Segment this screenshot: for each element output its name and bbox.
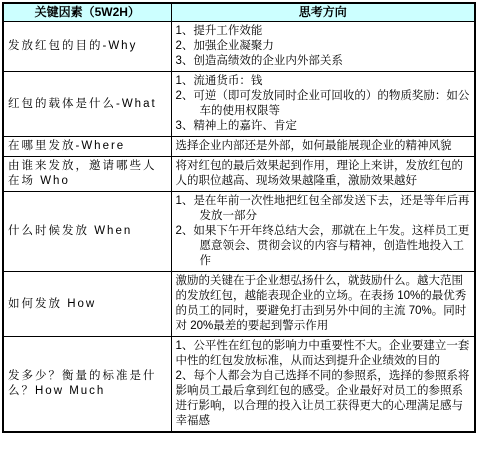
list-item: 1、提升工作效能 bbox=[176, 24, 471, 39]
table-row-who: 由谁来发放，邀请哪些人在场 Who 将对红包的最后效果起到作用，理论上来讲，发放… bbox=[3, 157, 475, 192]
cell-thinking-how-much: 1、公平性在红包的影响力中重要性不大。企业要建立一套中性的红包发放标准，从而达到… bbox=[171, 337, 475, 433]
5w2h-analysis-table: 关键因素（5W2H） 思考方向 发放红包的目的-Why 1、提升工作效能 2、加… bbox=[2, 2, 476, 433]
item-text: 是在年前一次性地把红包全部发送下去，还是等年后再发放一部分 bbox=[193, 195, 469, 222]
table-row-how-much: 发多少？衡量的标准是什么？How Much 1、公平性在红包的影响力中重要性不大… bbox=[3, 337, 475, 433]
row-label-why: 发放红包的目的-Why bbox=[3, 22, 171, 72]
list-item: 2、加强企业凝聚力 bbox=[176, 39, 471, 54]
cell-thinking-why: 1、提升工作效能 2、加强企业凝聚力 3、创造高绩效的企业内外部关系 bbox=[171, 22, 475, 72]
cell-thinking-who: 将对红包的最后效果起到作用，理论上来讲，发放红包的人的职位越高、现场效果越隆重，… bbox=[171, 157, 475, 192]
item-number: 2、 bbox=[176, 40, 194, 52]
row-label-when: 什么时候发放 When bbox=[3, 192, 171, 272]
header-row: 关键因素（5W2H） 思考方向 bbox=[3, 3, 475, 22]
list-item: 1、流通货币：钱 bbox=[176, 74, 471, 89]
item-text: 提升工作效能 bbox=[193, 25, 262, 37]
item-number: 1、 bbox=[176, 75, 194, 87]
document-page: 关键因素（5W2H） 思考方向 发放红包的目的-Why 1、提升工作效能 2、加… bbox=[0, 0, 480, 471]
table-row-why: 发放红包的目的-Why 1、提升工作效能 2、加强企业凝聚力 3、创造高绩效的企… bbox=[3, 22, 475, 72]
row-label-where: 在哪里发放-Where bbox=[3, 137, 171, 157]
paragraph-text: 选择企业内部还是外部，如何最能展现企业的精神风貌 bbox=[176, 139, 471, 154]
table-row-when: 什么时候发放 When 1、是在年前一次性地把红包全部发送下去，还是等年后再发放… bbox=[3, 192, 475, 272]
item-number: 2、 bbox=[176, 370, 194, 382]
cell-thinking-how: 激励的关键在于企业想弘扬什么，就鼓励什么。越大范围的发放红包，越能表现企业的立场… bbox=[171, 272, 475, 337]
item-text: 每个人都会为自己选择不同的参照系，选择的参照系将影响员工最后拿到红包的感受。企业… bbox=[176, 370, 470, 427]
item-number: 3、 bbox=[176, 120, 194, 132]
table-row-how: 如何发放 How 激励的关键在于企业想弘扬什么，就鼓励什么。越大范围的发放红包，… bbox=[3, 272, 475, 337]
item-text: 创造高绩效的企业内外部关系 bbox=[193, 55, 343, 67]
item-text: 流通货币：钱 bbox=[193, 75, 262, 87]
row-label-how: 如何发放 How bbox=[3, 272, 171, 337]
item-number: 1、 bbox=[176, 25, 194, 37]
cell-thinking-where: 选择企业内部还是外部，如何最能展现企业的精神风貌 bbox=[171, 137, 475, 157]
row-label-what: 红包的载体是什么-What bbox=[3, 72, 171, 137]
item-text: 加强企业凝聚力 bbox=[193, 40, 274, 52]
item-number: 2、 bbox=[176, 225, 194, 237]
column-header-thinking-direction: 思考方向 bbox=[171, 3, 475, 22]
list-item: 1、是在年前一次性地把红包全部发送下去，还是等年后再发放一部分 bbox=[176, 194, 471, 224]
item-text: 精神上的嘉许、肯定 bbox=[193, 120, 297, 132]
list-item: 2、如果下午开年终总结大会，那就在上午发。这样员工更愿意领会、贯彻会议的内容与精… bbox=[176, 224, 471, 269]
row-label-how-much: 发多少？衡量的标准是什么？How Much bbox=[3, 337, 171, 433]
row-label-who: 由谁来发放，邀请哪些人在场 Who bbox=[3, 157, 171, 192]
list-item: 3、创造高绩效的企业内外部关系 bbox=[176, 54, 471, 69]
item-number: 2、 bbox=[176, 90, 194, 102]
paragraph-text: 将对红包的最后效果起到作用，理论上来讲，发放红包的人的职位越高、现场效果越隆重，… bbox=[176, 159, 471, 189]
list-item: 2、每个人都会为自己选择不同的参照系，选择的参照系将影响员工最后拿到红包的感受。… bbox=[176, 369, 471, 429]
list-item: 2、可逆（即可发放同时企业可回收的）的物质奖励：如公车的使用权限等 bbox=[176, 89, 471, 119]
item-number: 1、 bbox=[176, 340, 194, 352]
paragraph-text: 激励的关键在于企业想弘扬什么，就鼓励什么。越大范围的发放红包，越能表现企业的立场… bbox=[176, 274, 471, 334]
table-row-where: 在哪里发放-Where 选择企业内部还是外部，如何最能展现企业的精神风貌 bbox=[3, 137, 475, 157]
item-text: 公平性在红包的影响力中重要性不大。企业要建立一套中性的红包发放标准，从而达到提升… bbox=[176, 340, 470, 367]
item-number: 3、 bbox=[176, 55, 194, 67]
cell-thinking-what: 1、流通货币：钱 2、可逆（即可发放同时企业可回收的）的物质奖励：如公车的使用权… bbox=[171, 72, 475, 137]
item-text: 如果下午开年终总结大会，那就在上午发。这样员工更愿意领会、贯彻会议的内容与精神，… bbox=[193, 225, 469, 267]
list-item: 3、精神上的嘉许、肯定 bbox=[176, 119, 471, 134]
column-header-key-factor: 关键因素（5W2H） bbox=[3, 3, 171, 22]
list-item: 1、公平性在红包的影响力中重要性不大。企业要建立一套中性的红包发放标准，从而达到… bbox=[176, 339, 471, 369]
table-row-what: 红包的载体是什么-What 1、流通货币：钱 2、可逆（即可发放同时企业可回收的… bbox=[3, 72, 475, 137]
item-text: 可逆（即可发放同时企业可回收的）的物质奖励：如公车的使用权限等 bbox=[193, 90, 469, 117]
item-number: 1、 bbox=[176, 195, 194, 207]
cell-thinking-when: 1、是在年前一次性地把红包全部发送下去，还是等年后再发放一部分 2、如果下午开年… bbox=[171, 192, 475, 272]
